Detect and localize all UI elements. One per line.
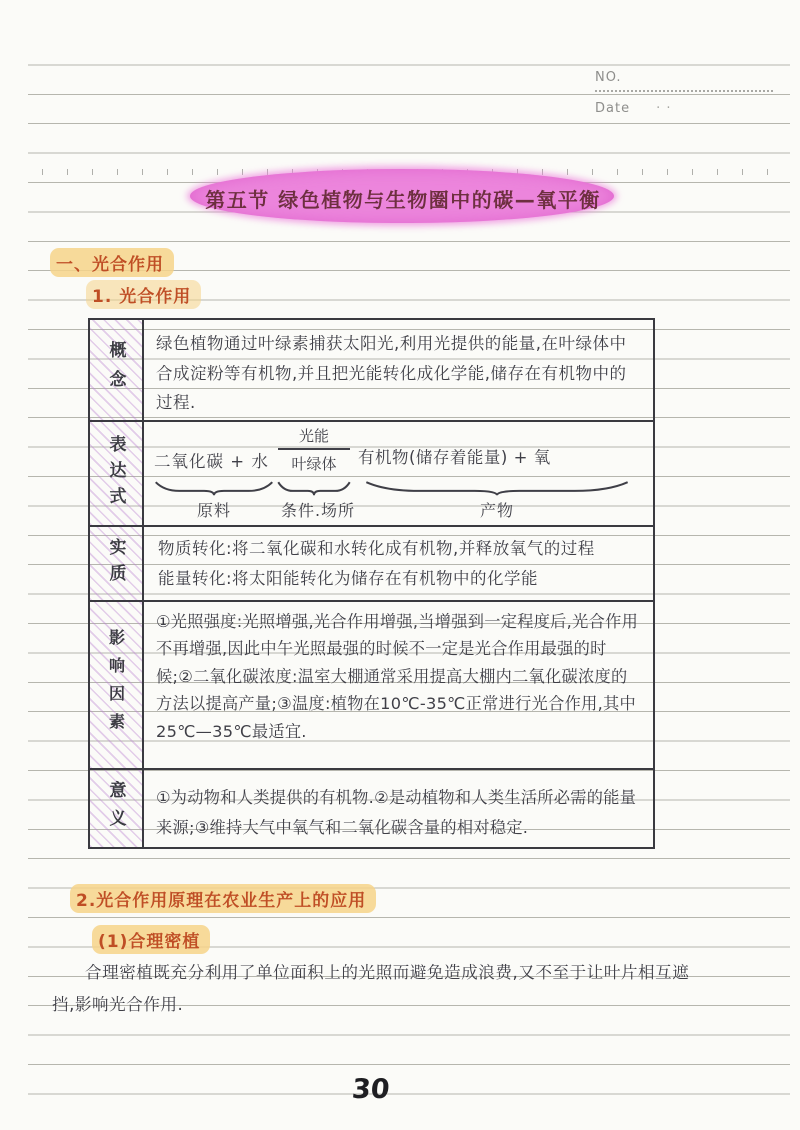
row-header-label: 表达式 [104, 435, 129, 513]
subheading-photosynthesis-1: 1. 光合作用 [86, 280, 201, 309]
body-paragraph: 合理密植既充分利用了单位面积上的光照而避免造成浪费,又不至于让叶片相互遮挡,影响… [52, 957, 692, 1020]
expression-condition: 光能 叶绿体 [276, 425, 352, 474]
table-row-significance: 意义 ①为动物和人类提供的有机物.②是动植物和人类生活所必需的能量来源;③维持大… [90, 770, 653, 847]
label-condition-site: 条件.场所 [268, 498, 368, 521]
row-header-essence: 实质 [90, 527, 144, 600]
label-raw-materials: 原料 [152, 498, 276, 521]
page-number: 30 [351, 1074, 391, 1105]
stationery-header: NO. Date · · [595, 70, 780, 116]
reaction-arrow-line [278, 448, 350, 450]
row-header-label: 概念 [104, 341, 129, 399]
photosynthesis-table: 概念 绿色植物通过叶绿素捕获太阳光,利用光提供的能量,在叶绿体中合成淀粉等有机物… [88, 318, 655, 849]
table-row-concept: 概念 绿色植物通过叶绿素捕获太阳光,利用光提供的能量,在叶绿体中合成淀粉等有机物… [90, 320, 653, 422]
row-header-significance: 意义 [90, 770, 144, 847]
row-header-label: 实质 [104, 538, 129, 590]
page-title: 第五节 绿色植物与生物圈中的碳—氧平衡 [196, 184, 610, 213]
expression-products: 有机物(储存着能量) + 氧 [358, 444, 551, 468]
table-row-essence: 实质 物质转化:将二氧化碳和水转化成有机物,并释放氧气的过程 能量转化:将太阳能… [90, 527, 653, 602]
expression-cell: 二氧化碳 + 水 光能 叶绿体 有机物(储存着能量) + 氧 原料 条件.场所 … [144, 422, 653, 525]
essence-text: 物质转化:将二氧化碳和水转化成有机物,并释放氧气的过程 能量转化:将太阳能转化为… [144, 527, 653, 600]
underbrace-condition [276, 480, 352, 496]
no-label: NO. [595, 70, 780, 85]
underbrace-products [358, 480, 636, 496]
factors-text: ①光照强度:光照增强,光合作用增强,当增强到一定程度后,光合作用不再增强,因此中… [144, 602, 653, 768]
date-label: Date [595, 101, 630, 116]
concept-text: 绿色植物通过叶绿素捕获太阳光,利用光提供的能量,在叶绿体中合成淀粉等有机物,并且… [144, 320, 653, 420]
table-row-factors: 影响因素 ①光照强度:光照增强,光合作用增强,当增强到一定程度后,光合作用不再增… [90, 602, 653, 770]
condition-energy: 光能 [299, 427, 329, 445]
significance-text: ①为动物和人类提供的有机物.②是动植物和人类生活所必需的能量来源;③维持大气中氧… [144, 770, 653, 847]
row-header-label: 影响因素 [105, 629, 128, 741]
heading-application: 2.光合作用原理在农业生产上的应用 [70, 884, 376, 913]
row-header-concept: 概念 [90, 320, 144, 420]
subheading-reasonable-planting: (1)合理密植 [92, 925, 210, 954]
table-row-expression: 表达式 二氧化碳 + 水 光能 叶绿体 有机物(储存着能量) + 氧 原料 条件… [90, 422, 653, 527]
label-products: 产物 [358, 498, 636, 521]
date-marks: · · [656, 101, 671, 116]
row-header-expression: 表达式 [90, 422, 144, 525]
no-dotted-rule [595, 89, 773, 92]
expression-reactants: 二氧化碳 + 水 [154, 448, 269, 472]
row-header-factors: 影响因素 [90, 602, 144, 768]
heading-photosynthesis: 一、光合作用 [50, 248, 174, 277]
row-header-label: 意义 [104, 781, 129, 837]
underbrace-reactants [152, 480, 276, 496]
condition-chloroplast: 叶绿体 [291, 455, 336, 473]
